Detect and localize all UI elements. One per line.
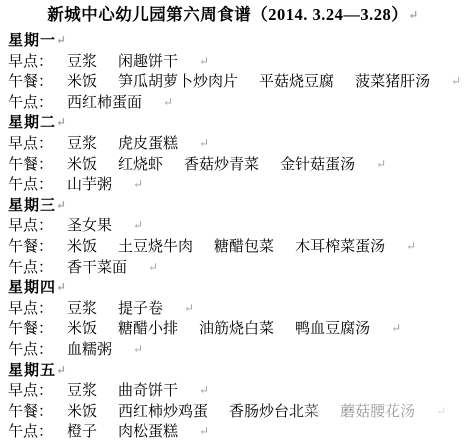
meal-item: 血糯粥 [67, 342, 112, 358]
meal-line: 早点：圣女果↵ [0, 215, 466, 236]
meal-label: 午点： [8, 95, 53, 111]
meal-item: 豆浆 [67, 301, 97, 317]
meal-label: 午点： [8, 424, 53, 440]
paragraph-mark-icon: ↵ [199, 424, 209, 438]
meal-item: 鸭血豆腐汤 [295, 321, 370, 337]
meal-label: 午餐： [8, 157, 53, 173]
meal-item: 蘑菇腰花汤 [340, 404, 415, 420]
meal-label: 早点： [8, 301, 53, 317]
meal-item: 米饭 [67, 239, 97, 255]
meal-item: 香菇炒青菜 [184, 157, 259, 173]
meal-item: 肉松蛋糕 [118, 424, 178, 440]
meal-item: 米饭 [67, 404, 97, 420]
paragraph-mark-icon: ↵ [408, 8, 419, 22]
meal-item: 豆浆 [67, 383, 97, 399]
meal-item: 菠菜猪肝汤 [355, 74, 430, 90]
meal-item: 橙子 [67, 424, 97, 440]
meal-label: 早点： [8, 383, 53, 399]
meal-item: 米饭 [67, 157, 97, 173]
paragraph-mark-icon: ↵ [163, 95, 173, 109]
day-name: 星期五 [8, 363, 56, 379]
meal-item: 豆浆 [67, 54, 97, 70]
page-title-text: 新城中心幼儿园第六周食谱（2014. 3.24—3.28） [47, 5, 408, 24]
meal-line: 午点：香干菜面↵ [0, 257, 466, 278]
meal-item: 圣女果 [67, 218, 112, 234]
meal-label: 午餐： [8, 74, 53, 90]
meal-item: 豆浆 [67, 136, 97, 152]
meal-label: 午餐： [8, 239, 53, 255]
paragraph-mark-icon: ↵ [184, 301, 194, 315]
paragraph-mark-icon: ↵ [56, 115, 67, 129]
meal-line: 午点：橙子肉松蛋糕↵ [0, 421, 466, 442]
day-heading-wednesday: 星期三↵ [0, 195, 466, 216]
paragraph-mark-icon: ↵ [406, 239, 416, 253]
meal-item: 平菇烧豆腐 [259, 74, 334, 90]
meal-label: 午餐： [8, 404, 53, 420]
meal-line: 午餐：米饭红烧虾香菇炒青菜金针菇蛋汤↵ [0, 154, 466, 175]
meal-label: 午点： [8, 177, 53, 193]
meal-line: 早点：豆浆闲趣饼干↵ [0, 51, 466, 72]
paragraph-mark-icon: ↵ [391, 321, 401, 335]
paragraph-mark-icon: ↵ [133, 342, 143, 356]
meal-label: 早点： [8, 54, 53, 70]
meal-item: 香干菜面 [67, 260, 127, 276]
meal-item: 西红柿炒鸡蛋 [118, 404, 208, 420]
meal-item: 红烧虾 [118, 157, 163, 173]
paragraph-mark-icon: ↵ [451, 74, 461, 88]
day-heading-monday: 星期一↵ [0, 30, 466, 51]
meal-label: 午点： [8, 260, 53, 276]
document-page: 新城中心幼儿园第六周食谱（2014. 3.24—3.28）↵ 星期一↵ 早点：豆… [0, 0, 466, 442]
meal-item: 香肠炒台北菜 [229, 404, 319, 420]
meal-line: 午点：山芋粥↵ [0, 174, 466, 195]
day-heading-tuesday: 星期二↵ [0, 112, 466, 133]
meal-line: 午餐：米饭笋瓜胡萝卜炒肉片平菇烧豆腐菠菜猪肝汤↵ [0, 71, 466, 92]
meal-line: 午点：西红柿蛋面↵ [0, 92, 466, 113]
meal-item: 西红柿蛋面 [67, 95, 142, 111]
meal-line: 午餐：米饭糖醋小排油筋烧白菜鸭血豆腐汤↵ [0, 318, 466, 339]
meal-item: 米饭 [67, 74, 97, 90]
meal-item: 闲趣饼干 [118, 54, 178, 70]
meal-line: 午餐：米饭土豆烧牛肉糖醋包菜木耳榨菜蛋汤↵ [0, 236, 466, 257]
paragraph-mark-icon: ↵ [436, 404, 446, 418]
meal-label: 早点： [8, 218, 53, 234]
paragraph-mark-icon: ↵ [199, 54, 209, 68]
paragraph-mark-icon: ↵ [133, 177, 143, 191]
meal-label: 午点： [8, 342, 53, 358]
paragraph-mark-icon: ↵ [56, 280, 67, 294]
day-heading-friday: 星期五↵ [0, 360, 466, 381]
paragraph-mark-icon: ↵ [148, 260, 158, 274]
paragraph-mark-icon: ↵ [199, 383, 209, 397]
day-heading-thursday: 星期四↵ [0, 277, 466, 298]
meal-item: 木耳榨菜蛋汤 [295, 239, 385, 255]
meal-item: 虎皮蛋糕 [118, 136, 178, 152]
meal-item: 油筋烧白菜 [199, 321, 274, 337]
meal-item: 土豆烧牛肉 [118, 239, 193, 255]
meal-line: 早点：豆浆虎皮蛋糕↵ [0, 133, 466, 154]
page-title: 新城中心幼儿园第六周食谱（2014. 3.24—3.28）↵ [0, 0, 466, 30]
meal-item: 米饭 [67, 321, 97, 337]
paragraph-mark-icon: ↵ [376, 157, 386, 171]
paragraph-mark-icon: ↵ [56, 363, 67, 377]
day-name: 星期三 [8, 198, 56, 214]
day-name: 星期一 [8, 33, 56, 49]
paragraph-mark-icon: ↵ [199, 136, 209, 150]
meal-item: 笋瓜胡萝卜炒肉片 [118, 74, 238, 90]
paragraph-mark-icon: ↵ [56, 198, 67, 212]
meal-item: 糖醋小排 [118, 321, 178, 337]
meal-item: 山芋粥 [67, 177, 112, 193]
day-name: 星期四 [8, 280, 56, 296]
meal-line: 午餐：米饭西红柿炒鸡蛋香肠炒台北菜蘑菇腰花汤↵ [0, 401, 466, 422]
meal-label: 早点： [8, 136, 53, 152]
day-name: 星期二 [8, 115, 56, 131]
paragraph-mark-icon: ↵ [56, 33, 67, 47]
meal-line: 早点：豆浆提子卷↵ [0, 298, 466, 319]
paragraph-mark-icon: ↵ [133, 218, 143, 232]
meal-item: 金针菇蛋汤 [280, 157, 355, 173]
meal-item: 提子卷 [118, 301, 163, 317]
meal-item: 糖醋包菜 [214, 239, 274, 255]
meal-item: 曲奇饼干 [118, 383, 178, 399]
meal-line: 早点：豆浆曲奇饼干↵ [0, 380, 466, 401]
meal-line: 午点：血糯粥↵ [0, 339, 466, 360]
meal-label: 午餐： [8, 321, 53, 337]
